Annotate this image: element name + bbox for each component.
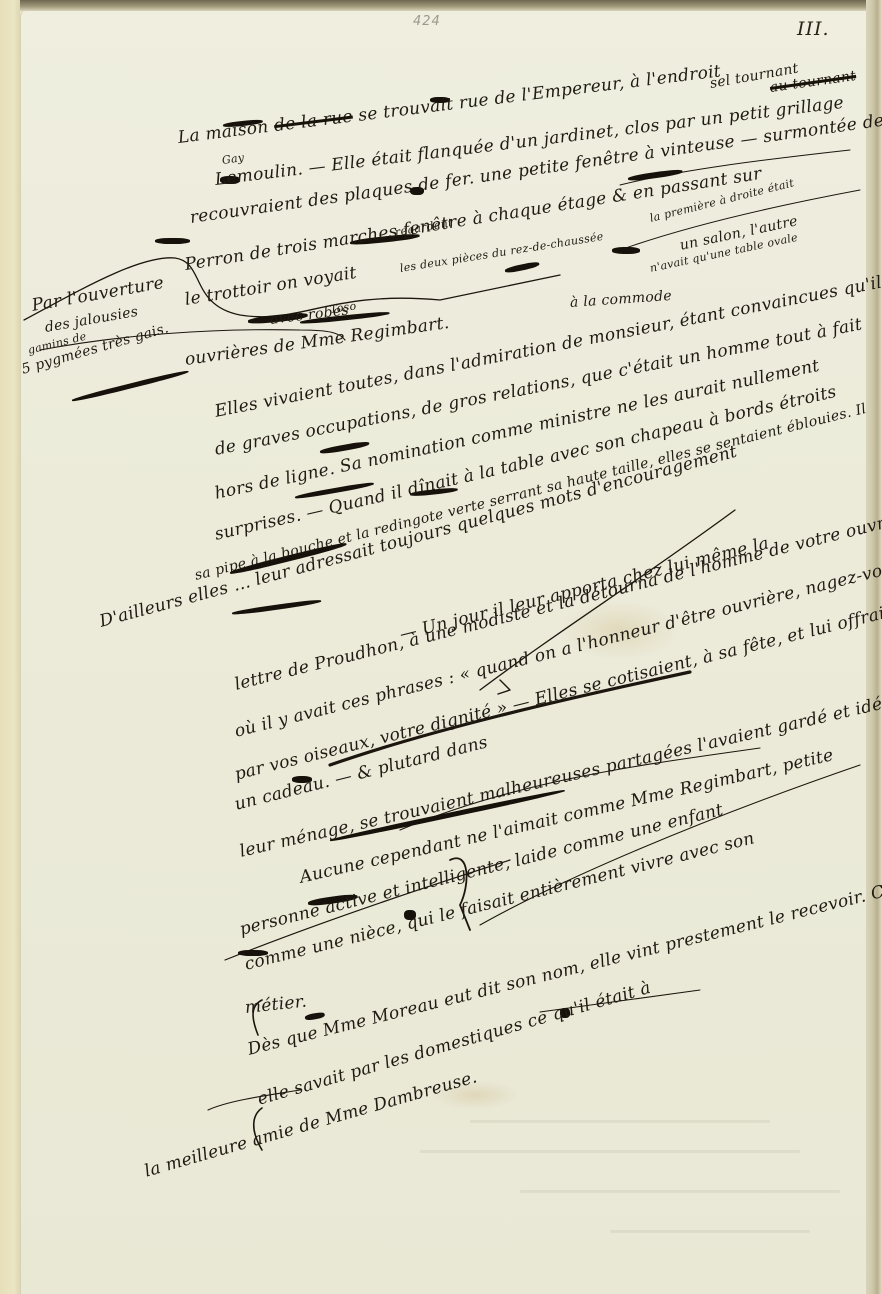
show-through-line [420, 1150, 800, 1153]
page-top-shadow [20, 0, 882, 11]
ink-blot [612, 247, 640, 254]
show-through-line [520, 1190, 840, 1193]
page-edge [866, 0, 882, 1294]
chapter-number: III. [797, 18, 830, 40]
ink-blot [155, 238, 190, 244]
show-through-line [610, 1230, 810, 1233]
folio-number: 424 [413, 14, 441, 29]
show-through-line [470, 1120, 770, 1123]
binding-strip [0, 0, 20, 1294]
